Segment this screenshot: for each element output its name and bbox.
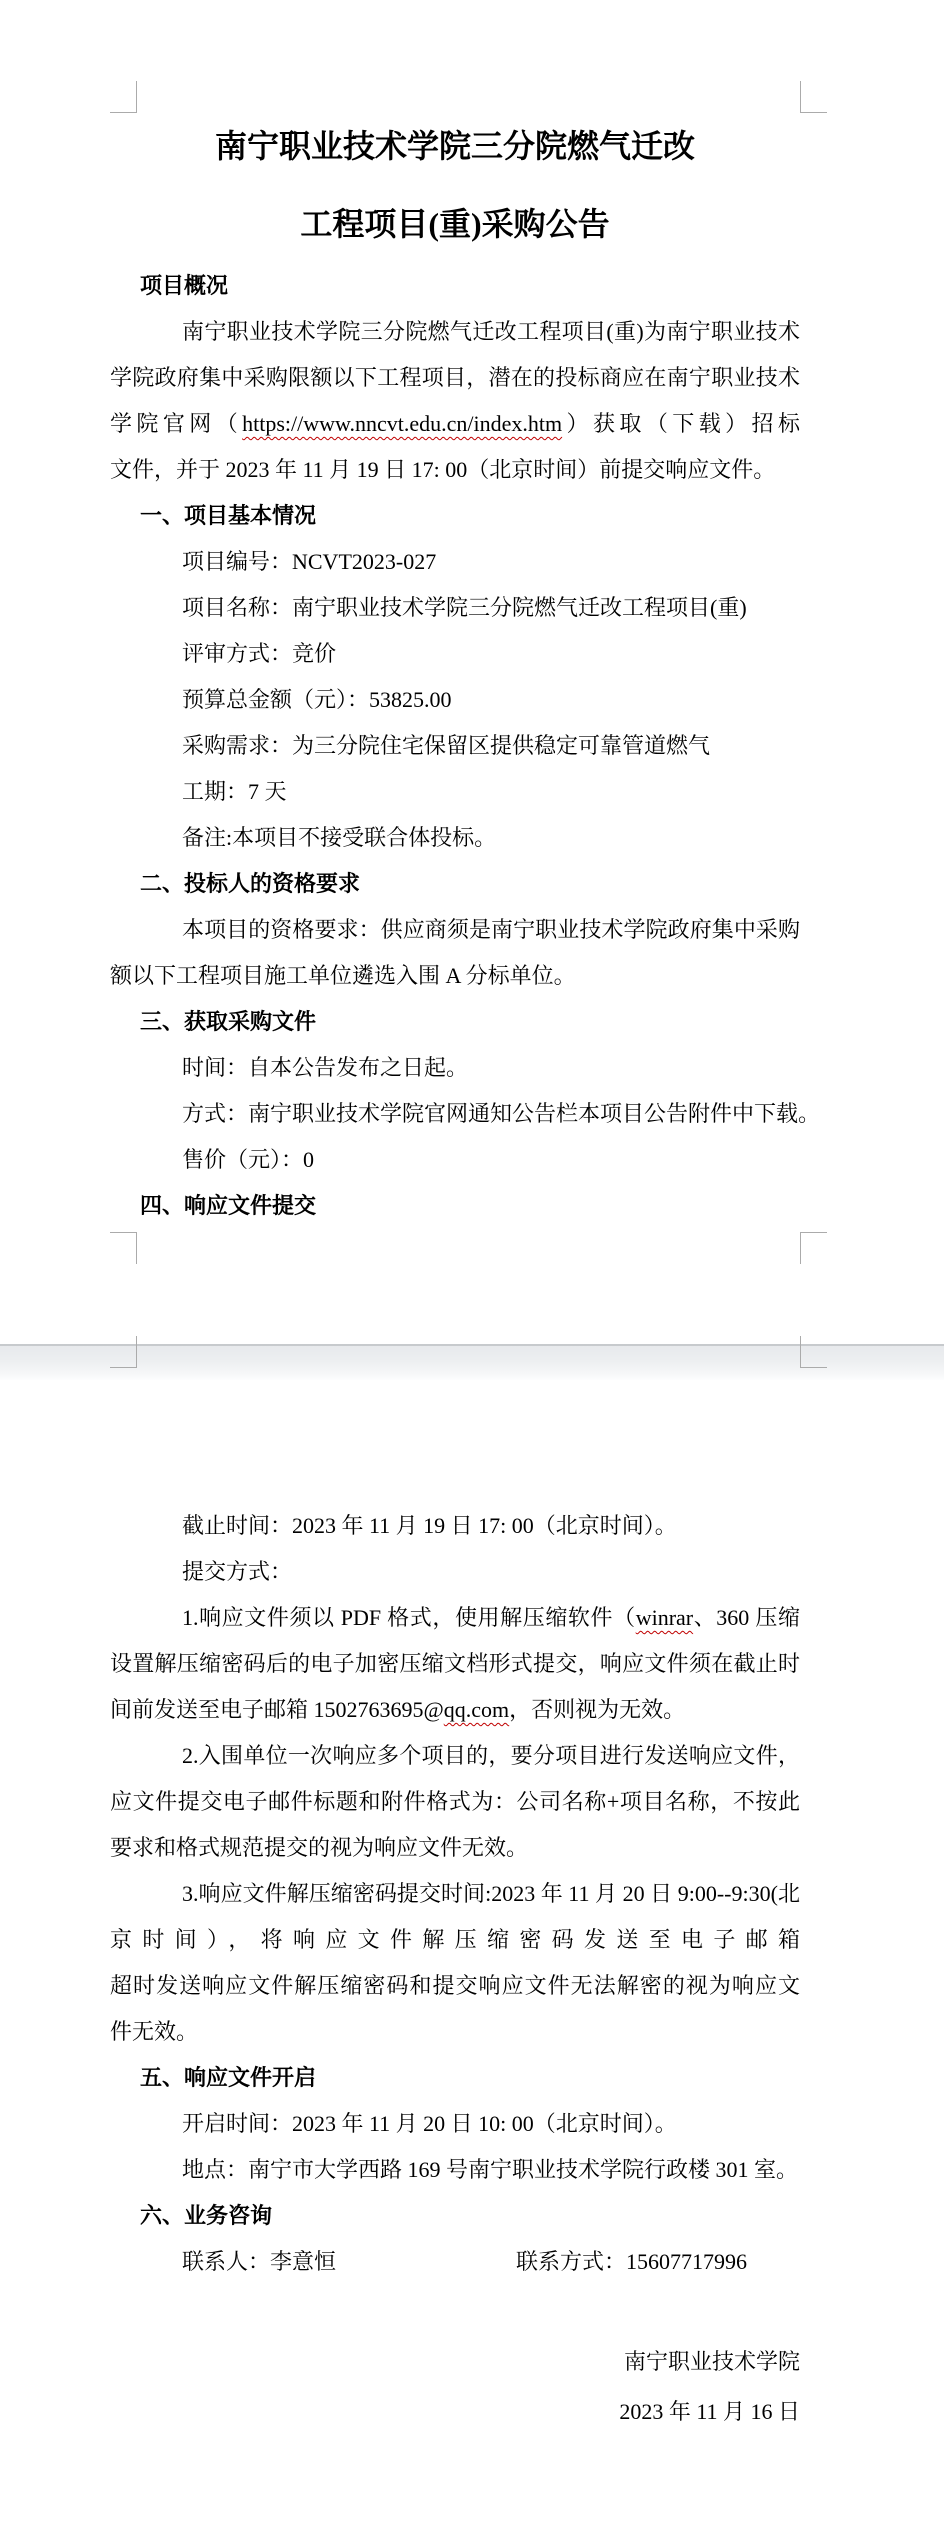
- remark-line: 备注:本项目不接受联合体投标。: [0, 815, 944, 861]
- doc-text: ）获取（下载）招标: [562, 411, 800, 436]
- obtain-method-line: 方式：南宁职业技术学院官网通知公告栏本项目公告附件中下载。: [0, 1091, 944, 1137]
- page-corner-mark: [110, 1336, 137, 1368]
- page-2: 截止时间：2023 年 11 月 19 日 17: 00（北京时间）。 提交方式…: [0, 1380, 944, 2530]
- doc-line: 应文件提交电子邮件标题和附件格式为：公司名称+项目名称，不按此: [0, 1779, 944, 1825]
- obtain-time-line: 时间：自本公告发布之日起。: [0, 1045, 944, 1091]
- doc-line: 额以下工程项目施工单位遴选入围 A 分标单位。: [0, 953, 944, 999]
- submit-method-label: 提交方式：: [0, 1549, 944, 1595]
- document-viewer: 南宁职业技术学院三分院燃气迁改 工程项目(重)采购公告 项目概况 南宁职业技术学…: [0, 0, 944, 2530]
- project-number-line: 项目编号：NCVT2023-027: [0, 539, 944, 585]
- section-heading-4: 四、响应文件提交: [0, 1183, 944, 1229]
- signature-org: 南宁职业技术学院: [0, 2337, 944, 2387]
- page-corner-mark: [110, 81, 137, 113]
- open-time-line: 开启时间：2023 年 11 月 20 日 10: 00（北京时间）。: [0, 2101, 944, 2147]
- doc-title-line1: 南宁职业技术学院三分院燃气迁改: [0, 107, 944, 185]
- section-heading-overview: 项目概况: [0, 263, 944, 309]
- doc-line: 3.响应文件解压缩密码提交时间:2023 年 11 月 20 日 9:00--9…: [0, 1871, 944, 1917]
- doc-line: 学院政府集中采购限额以下工程项目，潜在的投标商应在南宁职业技术: [0, 355, 944, 401]
- deadline-line: 截止时间：2023 年 11 月 19 日 17: 00（北京时间）。: [0, 1503, 944, 1549]
- procurement-need-line: 采购需求：为三分院住宅保留区提供稳定可靠管道燃气: [0, 723, 944, 769]
- document-title: 南宁职业技术学院三分院燃气迁改 工程项目(重)采购公告: [0, 0, 944, 263]
- contact-row: 联系人：李意恒 联系方式：15607717996: [0, 2239, 944, 2285]
- price-line: 售价（元）：0: [0, 1137, 944, 1183]
- budget-line: 预算总金额（元）：53825.00: [0, 677, 944, 723]
- doc-line: 2.入围单位一次响应多个项目的，要分项目进行发送响应文件，响: [0, 1733, 944, 1779]
- doc-line: 设置解压缩密码后的电子加密压缩文档形式提交，响应文件须在截止时: [0, 1641, 944, 1687]
- doc-line: 学院官网（https://www.nncvt.edu.cn/index.htm）…: [0, 401, 944, 447]
- contact-name: 联系人：李意恒: [182, 2239, 336, 2285]
- section-heading-6: 六、业务咨询: [0, 2193, 944, 2239]
- doc-line: 南宁职业技术学院三分院燃气迁改工程项目(重)为南宁职业技术: [0, 309, 944, 355]
- page-corner-mark: [800, 1232, 827, 1264]
- doc-line: 要求和格式规范提交的视为响应文件无效。: [0, 1825, 944, 1871]
- doc-line: 超时发送响应文件解压缩密码和提交响应文件无法解密的视为响应文: [0, 1963, 944, 2009]
- doc-line: 京时间），将响应文件解压缩密码发送至电子邮箱 1502763695@qq.com…: [0, 1917, 944, 1963]
- open-location-line: 地点：南宁市大学西路 169 号南宁职业技术学院行政楼 301 室。: [0, 2147, 944, 2193]
- doc-line: 件无效。: [0, 2009, 944, 2055]
- doc-text: 间前发送至电子邮箱 1502763695@: [110, 1697, 444, 1722]
- doc-line: 文件，并于 2023 年 11 月 19 日 17: 00（北京时间）前提交响应…: [0, 447, 944, 493]
- section-heading-1: 一、项目基本情况: [0, 493, 944, 539]
- page-1: 南宁职业技术学院三分院燃气迁改 工程项目(重)采购公告 项目概况 南宁职业技术学…: [0, 0, 944, 1344]
- doc-title-line2: 工程项目(重)采购公告: [0, 185, 944, 263]
- doc-line: 间前发送至电子邮箱 1502763695@qq.com，否则视为无效。: [0, 1687, 944, 1733]
- doc-text: 京时间），将响应文件解压缩密码发送至电子邮箱 1502763695@: [110, 1927, 800, 1963]
- doc-line: 本项目的资格要求：供应商须是南宁职业技术学院政府集中采购限: [0, 907, 944, 953]
- section-heading-3: 三、获取采购文件: [0, 999, 944, 1045]
- doc-text: ，否则视为无效。: [509, 1697, 685, 1722]
- duration-line: 工期：7 天: [0, 769, 944, 815]
- contact-spacer: [336, 2239, 516, 2285]
- misspelled-word: winrar: [636, 1605, 693, 1630]
- review-method-line: 评审方式：竞价: [0, 631, 944, 677]
- doc-text: 学院官网（: [110, 411, 242, 436]
- official-website-url: https://www.nncvt.edu.cn/index.htm: [242, 411, 562, 436]
- signature-date: 2023 年 11 月 16 日: [0, 2387, 944, 2437]
- page-corner-mark: [800, 81, 827, 113]
- section-heading-2: 二、投标人的资格要求: [0, 861, 944, 907]
- contact-phone: 联系方式：15607717996: [516, 2239, 747, 2285]
- section-heading-5: 五、响应文件开启: [0, 2055, 944, 2101]
- project-name-line: 项目名称：南宁职业技术学院三分院燃气迁改工程项目(重): [0, 585, 944, 631]
- page-corner-mark: [800, 1336, 827, 1368]
- email-domain: qq.com: [444, 1697, 509, 1722]
- doc-text: 1.响应文件须以 PDF 格式，使用解压缩软件（: [182, 1605, 636, 1630]
- signature-block: 南宁职业技术学院 2023 年 11 月 16 日: [0, 2337, 944, 2437]
- page-corner-mark: [110, 1232, 137, 1264]
- doc-line: 1.响应文件须以 PDF 格式，使用解压缩软件（winrar、360 压缩等）: [0, 1595, 944, 1641]
